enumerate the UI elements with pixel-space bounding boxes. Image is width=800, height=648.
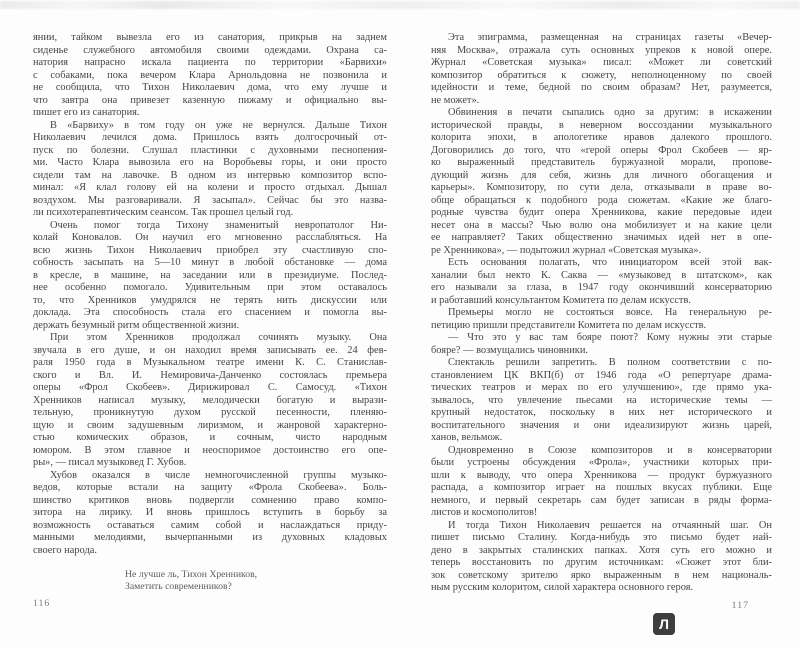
paragraph: Хубов оказался в числе немногочисленной … xyxy=(33,470,387,558)
paragraph: Очень помог тогда Тихону знаменитый невр… xyxy=(33,220,387,333)
page-number-left: 116 xyxy=(33,598,50,609)
paragraph: В «Барвиху» в том году он уже не вернулс… xyxy=(33,120,387,220)
paragraph: — Что это у вас там бояре поют? Кому нуж… xyxy=(431,332,772,357)
text-line: воспитательного значения и они идеализир… xyxy=(431,420,772,433)
text-line: Николаевич лечился дома. Пришлось взять … xyxy=(33,132,387,145)
text-line: обще обращаться к подобного рода сюжетам… xyxy=(431,195,772,208)
text-line: ным русским колоритом, силой характера о… xyxy=(431,582,772,595)
text-line: ми. Часто Клара вывозила его на Воробьев… xyxy=(33,157,387,170)
text-line: зитора на лирику. И вновь пришлось вступ… xyxy=(33,507,387,520)
text-line: то, что Хренников умудрялся не терять ни… xyxy=(33,295,387,308)
text-line: Премьеры могло не состояться вовсе. На г… xyxy=(431,307,772,320)
page-right: Эта эпиграмма, размещенная на страницах … xyxy=(431,32,772,595)
text-line: родные чувства будит опера Хренникова, к… xyxy=(431,207,772,220)
text-line: тических театров и мерах по его улучшени… xyxy=(431,382,772,395)
text-line: держать безумный ритм общественной жизни… xyxy=(33,320,387,333)
text-line: крупный недостаток, поскольку в них нет … xyxy=(431,407,772,420)
text-line: оперы «Фрол Скобеев». Дирижировал С. Сам… xyxy=(33,382,387,395)
epigraph-line: Не лучше ль, Тихон Хренников, xyxy=(125,569,387,581)
text-line: несет она в массы? Чью волю она мобилизу… xyxy=(431,220,772,233)
paragraph: Одновременно в Союзе композиторов и в ко… xyxy=(431,445,772,520)
text-line: шинство критиков вновь подвергли сомнени… xyxy=(33,495,387,508)
text-line: зывалось, что увлечение пьесами на истор… xyxy=(431,395,772,408)
text-line: Есть основания полагать, что инициатором… xyxy=(431,257,772,270)
text-line: сиденье служебного автомобиля своими оде… xyxy=(33,45,387,58)
text-line: своего народа. xyxy=(33,545,387,558)
text-line: пишет письмо Сталину. Когда-нибудь это п… xyxy=(431,532,772,545)
text-line: идейности и теме, бедной по своим образа… xyxy=(431,82,772,95)
text-line: бояре? — возмущались чиновники. xyxy=(431,345,772,358)
text-line: манными мелодиями, вычерпанными из духов… xyxy=(33,532,387,545)
text-line: и работавший консультантом Комитета по д… xyxy=(431,295,772,308)
page-right-text: Эта эпиграмма, размещенная на страницах … xyxy=(431,32,772,595)
paragraph: янии, тайком вывезла его из санатория, п… xyxy=(33,32,387,120)
text-line: Эта эпиграмма, размещенная на страницах … xyxy=(431,32,772,45)
text-line: листов и космополитов! xyxy=(431,507,772,520)
scan-top-edge xyxy=(0,1,800,9)
text-line: всю жизнь Тихон Николаевич приобрел эту … xyxy=(33,245,387,258)
text-line: При этом Хренников продолжал сочинять му… xyxy=(33,332,387,345)
text-line: что завтра она привезет казенную пижаму … xyxy=(33,95,387,108)
paragraph: Премьеры могло не состояться вовсе. На г… xyxy=(431,307,772,332)
text-line: нее особенно помогало. Удивительным при … xyxy=(33,282,387,295)
text-line: ры», — писал музыковед Г. Хубов. xyxy=(33,457,387,470)
text-line: дено в закрытых сталинских папках. Хотя … xyxy=(431,545,772,558)
text-line: петицию пришли представители Комитета по… xyxy=(431,320,772,333)
text-line: ко выраженный представитель буржуазной м… xyxy=(431,157,772,170)
text-line: ханов, вельмож. xyxy=(431,432,772,445)
text-line: были устроены обсуждения «Фрола», участн… xyxy=(431,457,772,470)
text-line: теперь восстановить по другим источникам… xyxy=(431,557,772,570)
text-line: Хубов оказался в числе немногочисленной … xyxy=(33,470,387,483)
watermark-logo: Л xyxy=(653,613,675,635)
text-line: стью комических образов, и сочным, чисто… xyxy=(33,432,387,445)
text-line: Одновременно в Союзе композиторов и в ко… xyxy=(431,445,772,458)
text-line: собность засыпать на 5—10 минут в любой … xyxy=(33,257,387,270)
page-left-text: янии, тайком вывезла его из санатория, п… xyxy=(33,32,387,557)
text-line: — Что это у вас там бояре поют? Кому нуж… xyxy=(431,332,772,345)
paragraph: Эта эпиграмма, размещенная на страницах … xyxy=(431,32,772,107)
text-line: ре Хренникова», — подытожил журнал «Сове… xyxy=(431,245,772,258)
paragraph: Спектакль решили запретить. В полном соо… xyxy=(431,357,772,445)
text-line: юмором. В этом главное и неоспоримое дос… xyxy=(33,445,387,458)
text-line: немного, и первый секретарь сам будет за… xyxy=(431,495,772,508)
text-line: доклада. Эта способность стала его спасе… xyxy=(33,307,387,320)
text-line: Обвинения в печати сыпались одно за друг… xyxy=(431,107,772,120)
text-line: воздухом. Мы разговаривали. Я засыпал». … xyxy=(33,195,387,208)
page-number-right: 117 xyxy=(431,600,749,611)
text-line: Хренников написал музыку, мелодически бо… xyxy=(33,395,387,408)
text-line: раля 1950 года в Музыкальном театре имен… xyxy=(33,357,387,370)
epigraph: Не лучше ль, Тихон Хренников,Заметить со… xyxy=(125,569,387,592)
text-line: Договорились до того, что «герой оперы Ф… xyxy=(431,145,772,158)
text-line: колорита эпохи, в апологетике нравов дал… xyxy=(431,132,772,145)
text-line: дующий жизнь для себя, жизнь для личного… xyxy=(431,170,772,183)
text-line: ли психотерапевтическим сеансом. Так про… xyxy=(33,207,387,220)
text-line: распада, а композитор играет на пошлых в… xyxy=(431,482,772,495)
paragraph: Есть основания полагать, что инициатором… xyxy=(431,257,772,307)
text-line: звучала в его душе, и он находил время з… xyxy=(33,345,387,358)
epigraph-line: Заметить современников? xyxy=(125,581,387,593)
paragraph: Обвинения в печати сыпались одно за друг… xyxy=(431,107,772,257)
text-line: не может». xyxy=(431,95,772,108)
book-scan: янии, тайком вывезла его из санатория, п… xyxy=(0,0,800,648)
text-line: щую и своим задушевным лиризмом, и жанро… xyxy=(33,420,387,433)
text-line: натория напрасно искала пациента по терр… xyxy=(33,57,387,70)
text-line: И тогда Тихон Николаевич решается на отч… xyxy=(431,520,772,533)
text-line: не сообщила, что Тихон Николаевич дома, … xyxy=(33,82,387,95)
text-line: ее направляет? Таких общественно значимы… xyxy=(431,232,772,245)
paragraph: При этом Хренников продолжал сочинять му… xyxy=(33,332,387,470)
text-line: с собаками, пока вечером Клара Арнольдов… xyxy=(33,70,387,83)
text-line: ского и Вл. И. Немировича-Данченко состо… xyxy=(33,370,387,383)
page-left: янии, тайком вывезла его из санатория, п… xyxy=(33,32,387,592)
text-line: сидели там на лавочке. В одном из интерв… xyxy=(33,170,387,183)
text-line: минал: «Я клал голову ей на колени и про… xyxy=(33,182,387,195)
text-line: его называли за глаза, в 1947 году оконч… xyxy=(431,282,772,295)
text-line: тельную, проникнутую духом русской песен… xyxy=(33,407,387,420)
text-line: становлением ЦК ВКП(б) от 1946 года «О р… xyxy=(431,370,772,383)
text-line: в кресле, в машине, на заседании или в п… xyxy=(33,270,387,283)
text-line: ведов, которые встали на защиту «Фрола С… xyxy=(33,482,387,495)
text-line: пишет его из санатория. xyxy=(33,107,387,120)
text-line: В «Барвиху» в том году он уже не вернулс… xyxy=(33,120,387,133)
text-line: Спектакль решили запретить. В полном соо… xyxy=(431,357,772,370)
text-line: янии, тайком вывезла его из санатория, п… xyxy=(33,32,387,45)
text-line: возможность оставаться самим собой и нас… xyxy=(33,520,387,533)
paragraph: И тогда Тихон Николаевич решается на отч… xyxy=(431,520,772,595)
text-line: колай Коновалов. Он научил его мгновенно… xyxy=(33,232,387,245)
text-line: пуск по болезни. Слушал пластинки с духо… xyxy=(33,145,387,158)
text-line: ханалии был некто К. Саква — «музыковед … xyxy=(431,270,772,283)
text-line: композитор обратиться к сюжету, неполноц… xyxy=(431,70,772,83)
text-line: Очень помог тогда Тихону знаменитый невр… xyxy=(33,220,387,233)
text-line: карьеры». Композитору, по сути дела, отк… xyxy=(431,182,772,195)
text-line: няя Москва», отражала суть основных упре… xyxy=(431,45,772,58)
text-line: исторической правды, в неверном воссозда… xyxy=(431,120,772,133)
text-line: Журнал «Советская музыка» писал: «Может … xyxy=(431,57,772,70)
text-line: шли к выводу, что опера Хренникова — про… xyxy=(431,470,772,483)
text-line: зок советскому зрителю ярко выраженным в… xyxy=(431,570,772,583)
